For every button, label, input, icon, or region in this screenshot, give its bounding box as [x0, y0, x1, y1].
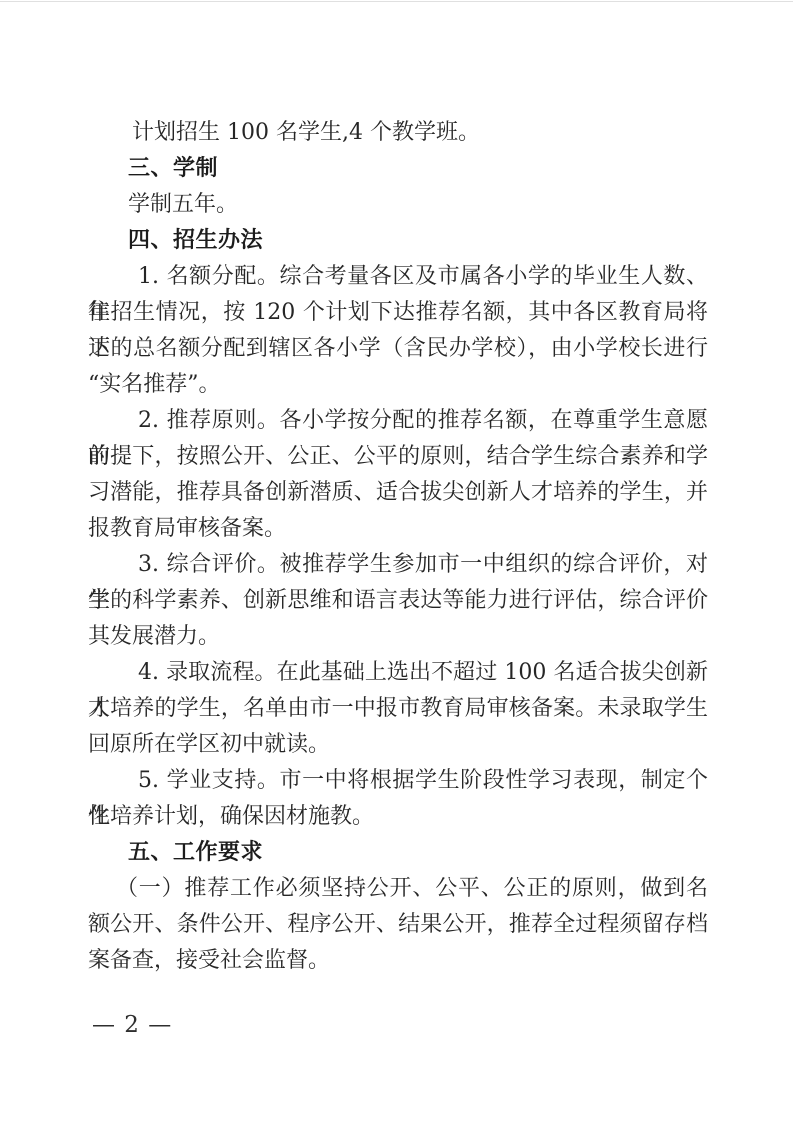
heading-section-three: 三、学制: [88, 151, 708, 187]
page-number: — 2 —: [92, 1012, 172, 1038]
item4-line: 4. 录取流程。在此基础上选出不超过 100 名适合拔尖创新人: [88, 655, 708, 691]
item3-line: 其发展潜力。: [88, 619, 708, 655]
paragraph-schooling-years: 学制五年。: [88, 187, 708, 223]
item1-line: 1. 名额分配。综合考量各区及市属各小学的毕业生人数、往: [88, 259, 708, 295]
document-body: 计划招生 100 名学生,4 个教学班。 三、学制 学制五年。 四、招生办法 1…: [88, 115, 708, 979]
heading-section-five: 五、工作要求: [88, 835, 708, 871]
item4-line: 才培养的学生，名单由市一中报市教育局审核备案。未录取学生: [88, 691, 708, 727]
requirement1-line: （一）推荐工作必须坚持公开、公平、公正的原则，做到名: [88, 871, 708, 907]
requirement1-line: 额公开、条件公开、程序公开、结果公开，推荐全过程须留存档: [88, 907, 708, 943]
heading-section-four: 四、招生办法: [88, 223, 708, 259]
item2-line: 报教育局审核备案。: [88, 511, 708, 547]
item2-line: 2. 推荐原则。各小学按分配的推荐名额，在尊重学生意愿的: [88, 403, 708, 439]
item2-line: 习潜能，推荐具备创新潜质、适合拔尖创新人才培养的学生，并: [88, 475, 708, 511]
item1-line: 年招生情况，按 120 个计划下达推荐名额，其中各区教育局将下: [88, 295, 708, 331]
requirement1-line: 案备查，接受社会监督。: [88, 943, 708, 979]
item3-line: 生的科学素养、创新思维和语言表达等能力进行评估，综合评价: [88, 583, 708, 619]
item5-line: 5. 学业支持。市一中将根据学生阶段性学习表现，制定个性: [88, 763, 708, 799]
item4-line: 回原所在学区初中就读。: [88, 727, 708, 763]
item1-line: 达的总名额分配到辖区各小学（含民办学校），由小学校长进行: [88, 331, 708, 367]
item3-line: 3. 综合评价。被推荐学生参加市一中组织的综合评价，对学: [88, 547, 708, 583]
paragraph-continuation-line: 计划招生 100 名学生,4 个教学班。: [88, 115, 708, 151]
item1-line: “实名推荐”。: [88, 367, 708, 403]
item2-line: 前提下，按照公开、公正、公平的原则，结合学生综合素养和学: [88, 439, 708, 475]
page-top-border: [0, 1, 793, 2]
item5-line: 化培养计划，确保因材施教。: [88, 799, 708, 835]
